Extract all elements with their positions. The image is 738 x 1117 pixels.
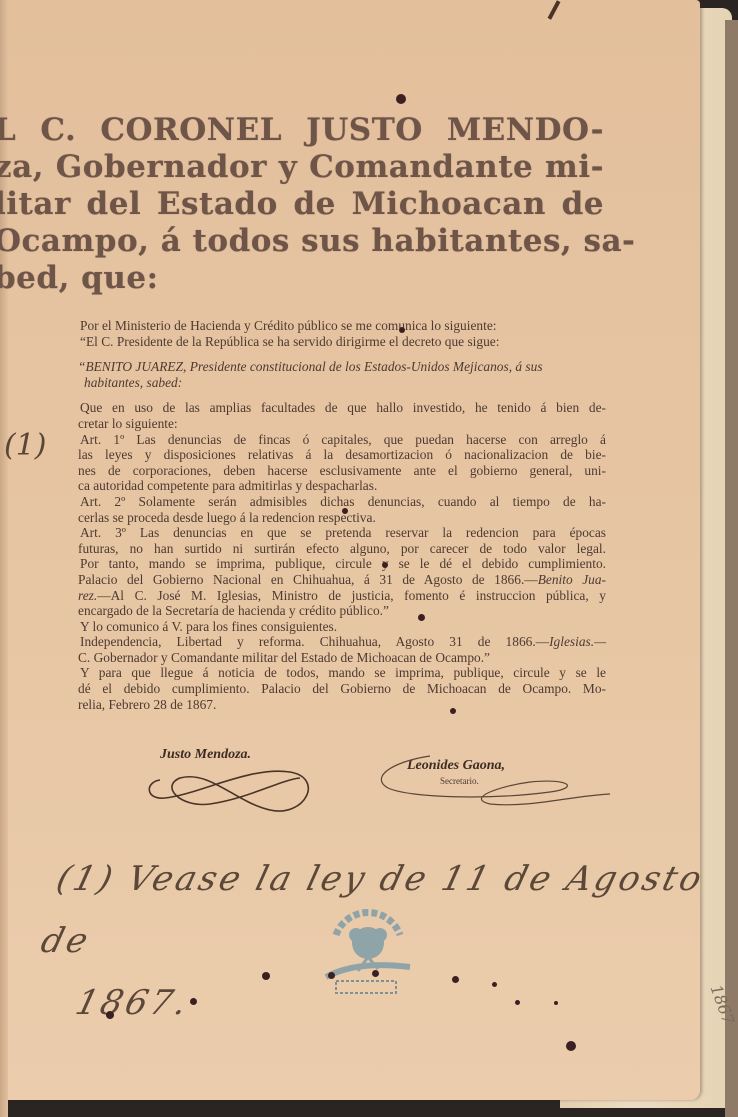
heading-line: L C. CORONEL JUSTO MENDO- — [0, 112, 604, 149]
margin-annotation: (1) — [4, 428, 47, 463]
ink-spot — [382, 562, 388, 568]
ink-spot — [106, 1011, 114, 1019]
article-3: futuras, no han surtido ni surtirán efec… — [78, 541, 606, 557]
pen-mark — [548, 0, 561, 20]
heading-line: litar del Estado de Michoacan de — [0, 186, 604, 223]
text-span-italic: Benito Jua- — [538, 572, 606, 587]
article-1: las leyes y disposiciones relativas á la… — [78, 447, 606, 463]
decree-body: Por el Ministerio de Hacienda y Crédito … — [80, 318, 606, 712]
text-span: Palacio del Gobierno Nacional en Chihuah… — [78, 572, 538, 587]
article-1: Art. 1º Las denuncias de fincas ó capita… — [80, 432, 606, 448]
text-span: Independencia, Libertad y reforma. Chihu… — [80, 634, 549, 649]
document-heading: L C. CORONEL JUSTO MENDO- za, Gobernador… — [0, 112, 604, 297]
paragraph-line: Por tanto, mando se imprima, publique, c… — [80, 556, 606, 572]
intro-line: Por el Ministerio de Hacienda y Crédito … — [80, 318, 606, 334]
article-1: nes de corporaciones, deben hacerse escl… — [78, 463, 606, 479]
library-stamp-icon — [318, 895, 418, 1005]
ink-spot — [190, 998, 197, 1005]
ink-spot — [418, 614, 425, 621]
paragraph-line: Y para que llegue á noticia de todos, ma… — [80, 665, 606, 681]
ink-spot — [515, 1000, 520, 1005]
ink-spot — [262, 972, 270, 980]
paragraph-line: Y lo comunico á V. para los fines consig… — [80, 619, 606, 635]
ink-spot — [396, 94, 406, 104]
paragraph-line: rez.—Al C. José M. Iglesias, Ministro de… — [78, 588, 606, 604]
paragraph-line: cretar lo siguiente: — [78, 416, 606, 432]
ink-spot — [399, 327, 405, 333]
signature-flourish-icon — [370, 748, 610, 808]
text-span-italic: rez. — [78, 588, 97, 603]
ink-spot — [450, 708, 456, 714]
back-page-edge — [725, 20, 738, 1117]
paragraph-line: encargado de la Secretaría de hacienda y… — [78, 603, 606, 619]
heading-line: bed, que: — [0, 260, 604, 297]
article-1: ca autoridad competente para admitirlas … — [78, 478, 606, 494]
paragraph-line: C. Gobernador y Comandante militar del E… — [78, 650, 606, 666]
document-page: L C. CORONEL JUSTO MENDO- za, Gobernador… — [0, 0, 700, 1100]
intro-line: “El C. Presidente de la República se ha … — [80, 334, 606, 350]
article-3: Art. 3º Las denuncias en que se pretenda… — [80, 525, 606, 541]
paragraph-line: relia, Febrero 28 de 1867. — [78, 697, 606, 713]
ink-spot — [372, 970, 379, 977]
text-span: —Al C. José M. Iglesias, Ministro de jus… — [97, 588, 606, 603]
paragraph-line: Independencia, Libertad y reforma. Chihu… — [80, 634, 606, 650]
ink-spot — [342, 508, 348, 514]
ink-spot — [566, 1041, 576, 1051]
paragraph-line: dé el debido cumplimiento. Palacio del G… — [78, 681, 606, 697]
ink-spot — [492, 982, 497, 987]
signature-flourish-icon — [140, 760, 320, 820]
decree-heading: habitantes, sabed: — [80, 375, 606, 391]
heading-line: za, Gobernador y Comandante mi- — [0, 149, 604, 186]
decree-heading: “BENITO JUAREZ, Presidente constituciona… — [78, 359, 606, 375]
ink-spot — [328, 972, 335, 979]
ink-spot — [452, 976, 459, 983]
ink-spot — [554, 1001, 558, 1005]
heading-line: Ocampo, á todos sus habitantes, sa- — [0, 223, 604, 260]
paragraph-line: Palacio del Gobierno Nacional en Chihuah… — [78, 572, 606, 588]
paragraph-line: Que en uso de las amplias facultades de … — [80, 400, 606, 416]
text-span-italic: Iglesias.— — [549, 634, 606, 649]
